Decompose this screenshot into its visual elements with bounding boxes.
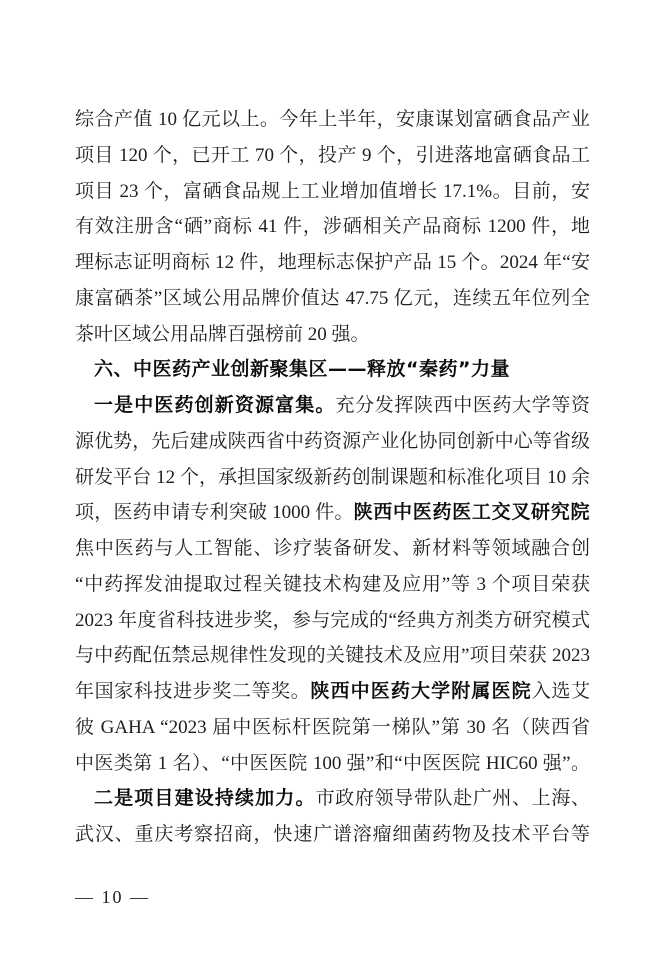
text-run: 与中药配伍禁忌规律性发现的关键技术及应用”项目荣获 2023: [75, 645, 590, 666]
text-run: 彼 GAHA “2023 届中医标杆医院第一梯队”第 30 名（陕西省: [75, 717, 590, 738]
text-run: “中药挥发油提取过程关键技术构建及应用”等 3 个项目荣获: [75, 574, 590, 595]
document-body: 综合产值 10 亿元以上。今年上半年，安康谋划富硒食品产业链 项目 120 个，…: [75, 102, 590, 853]
text-line: 茶叶区域公用品牌百强榜前 20 强。: [75, 317, 590, 353]
text-run: 项目 23 个，富硒食品规上工业增加值增长 17.1%。目前，安康: [75, 181, 590, 210]
text-run: 茶叶区域公用品牌百强榜前 20 强。: [75, 324, 370, 345]
text-run: 源优势，先后建成陕西省中药资源产业化协同创新中心等省级: [75, 431, 590, 452]
organization-name: 陕西中医药医工交叉研究院: [354, 502, 590, 523]
text-run: 充分发挥陕西中医药大学等资: [336, 395, 591, 416]
page-number: — 10 —: [75, 886, 150, 908]
text-line: “中药挥发油提取过程关键技术构建及应用”等 3 个项目荣获: [75, 567, 590, 603]
text-run: 年国家科技进步奖二等奖。: [75, 681, 310, 702]
text-line: 康富硒茶”区域公用品牌价值达 47.75 亿元，连续五年位列全国: [75, 281, 590, 317]
text-line: 一是中医药创新资源富集。充分发挥陕西中医药大学等资: [75, 388, 590, 424]
text-run: 理标志证明商标 12 件，地理标志保护产品 15 个。2024 年“安: [75, 252, 590, 273]
text-line: 研发平台 12 个，承担国家级新药创制课题和标准化项目 10 余: [75, 460, 590, 496]
text-line: 焦中医药与人工智能、诊疗装备研发、新材料等领域融合创新，: [75, 531, 590, 567]
text-run: 研发平台 12 个，承担国家级新药创制课题和标准化项目 10 余: [75, 467, 590, 488]
section-heading-text: 六、中医药产业创新聚集区——释放“秦药”力量: [94, 358, 510, 380]
text-line: 项，医药申请专利突破 1000 件。陕西中医药医工交叉研究院聚: [75, 495, 590, 531]
organization-name: 陕西中医药大学附属医院: [310, 681, 531, 702]
text-line: 彼 GAHA “2023 届中医标杆医院第一梯队”第 30 名（陕西省: [75, 710, 590, 746]
paragraph-lead: 二是项目建设持续加力。: [94, 788, 316, 809]
text-run: 康富硒茶”区域公用品牌价值达 47.75 亿元，连续五年位列全国: [75, 288, 590, 317]
text-line: 有效注册含“硒”商标 41 件，涉硒相关产品商标 1200 件，地: [75, 209, 590, 245]
text-run: 市政府领导带队赴广州、上海、: [316, 788, 590, 809]
text-run: 项，医药申请专利突破 1000 件。: [75, 502, 354, 523]
section-heading: 六、中医药产业创新聚集区——释放“秦药”力量: [75, 352, 590, 388]
text-run: 中医类第 1 名）、“中医医院 100 强”和“中医医院 HIC60 强”。: [75, 753, 590, 774]
text-run: 有效注册含“硒”商标 41 件，涉硒相关产品商标 1200 件，地: [75, 216, 590, 237]
paragraph-lead: 一是中医药创新资源富集。: [94, 395, 336, 416]
text-line: 项目 120 个，已开工 70 个，投产 9 个，引进落地富硒食品工业: [75, 138, 590, 174]
text-run: 焦中医药与人工智能、诊疗装备研发、新材料等领域融合创新，: [75, 538, 590, 567]
document-page: 综合产值 10 亿元以上。今年上半年，安康谋划富硒食品产业链 项目 120 个，…: [0, 0, 662, 972]
text-line: 年国家科技进步奖二等奖。陕西中医药大学附属医院入选艾力: [75, 674, 590, 710]
text-line: 与中药配伍禁忌规律性发现的关键技术及应用”项目荣获 2023: [75, 638, 590, 674]
page-number-text: — 10 —: [75, 887, 150, 907]
text-line: 武汉、重庆考察招商，快速广谱溶瘤细菌药物及技术平台等 13: [75, 817, 590, 853]
text-line: 中医类第 1 名）、“中医医院 100 强”和“中医医院 HIC60 强”。: [75, 746, 590, 782]
text-line: 2023 年度省科技进步奖，参与完成的“经典方剂类方研究模式: [75, 603, 590, 639]
text-line: 二是项目建设持续加力。市政府领导带队赴广州、上海、: [75, 781, 590, 817]
text-line: 项目 23 个，富硒食品规上工业增加值增长 17.1%。目前，安康: [75, 174, 590, 210]
text-line: 理标志证明商标 12 件，地理标志保护产品 15 个。2024 年“安: [75, 245, 590, 281]
text-run: 综合产值 10 亿元以上。今年上半年，安康谋划富硒食品产业链: [75, 109, 590, 138]
text-line: 综合产值 10 亿元以上。今年上半年，安康谋划富硒食品产业链: [75, 102, 590, 138]
text-run: 武汉、重庆考察招商，快速广谱溶瘤细菌药物及技术平台等 13: [75, 824, 590, 853]
text-line: 源优势，先后建成陕西省中药资源产业化协同创新中心等省级: [75, 424, 590, 460]
text-run: 2023 年度省科技进步奖，参与完成的“经典方剂类方研究模式: [75, 610, 590, 631]
text-run: 项目 120 个，已开工 70 个，投产 9 个，引进落地富硒食品工业: [75, 145, 590, 174]
